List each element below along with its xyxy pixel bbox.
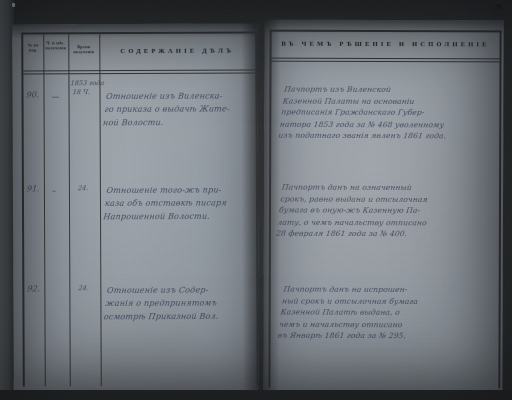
entry-content-line: жанія о предпринятомъ: [105, 297, 221, 311]
resolution-line: срокъ, равно выдана и отсылочная: [280, 193, 431, 205]
column-header-number: № по пор.: [24, 42, 42, 52]
left-table: № по пор. Ч. и мѣс. полученія Время полу…: [21, 31, 259, 386]
resolution-entry: Пачпортъ изъ Виленской Казенной Палаты н…: [278, 84, 453, 143]
resolution-line: ный срокъ и отсылочная бумага: [281, 295, 418, 307]
entry-number: 92.: [27, 284, 41, 293]
entry-number: 91.: [26, 184, 40, 193]
column-header-resolution: ВЪ ЧЕМЪ РѢШЕНІЕ И ИСПОЛНЕНІЕ: [272, 41, 500, 49]
header-rule-double: [272, 61, 500, 63]
column-header-received: Ч. и мѣс. полученія: [44, 40, 67, 50]
resolution-line: 28 февраля 1861 года за № 400.: [275, 228, 426, 240]
resolution-line: Казенной Палатѣ выдана, о: [280, 307, 417, 319]
right-table: ВЪ ЧЕМЪ РѢШЕНІЕ И ИСПОЛНЕНІЕ Пачпортъ из…: [268, 30, 501, 389]
resolution-line: натора 1853 года за № 468 уволенному: [279, 118, 448, 130]
entry-mark: –: [51, 186, 56, 195]
entry-content-line: каза объ отставкѣ писаря: [104, 197, 227, 211]
entry-date-line: 24.: [78, 285, 89, 293]
resolution-entry: Пачпортъ данъ на означенный срокъ, равно…: [275, 182, 432, 240]
column-header-date: Время полученія: [69, 44, 98, 54]
entry-content-line: Напрошенной Волости.: [103, 210, 226, 224]
entry-content: Отношеніе того-жъ при- каза объ отставкѣ…: [103, 184, 229, 224]
entry-content-line: Отношеніе изъ Содер-: [106, 284, 222, 298]
resolution-line: предписанія Гражданскаго Губер-: [281, 107, 450, 119]
folio-number: 79: [494, 4, 501, 12]
entry-content-line: Отношеніе того-жъ при-: [106, 184, 229, 198]
entry-content-line: го приказа о выдачѣ Жите-: [104, 103, 231, 117]
entry-content-line: осмотрѣ Приказной Вол.: [103, 310, 219, 324]
left-page: № по пор. Ч. и мѣс. полученія Время полу…: [12, 23, 259, 392]
book-edge-bottom: [0, 390, 512, 400]
resolution-line: Казенной Палаты на основаніи: [282, 95, 451, 107]
resolution-line: изъ податнаго званія явленъ 1861 года.: [278, 130, 447, 142]
dust-speck: [12, 3, 15, 7]
resolution-line: Пачпортъ данъ на испрошен-: [283, 284, 420, 296]
entry-number: 90.: [26, 90, 40, 99]
entry-date-line: 24.: [77, 185, 88, 193]
header-rule: [272, 58, 500, 60]
header-rule-double: [23, 72, 255, 74]
photographed-ledger-spread: 79 № по пор. Ч. и мѣс. полученія Время п…: [0, 0, 512, 400]
resolution-line: лату, о чемъ начальству отписано: [277, 216, 428, 228]
resolution-line: бумага въ оную-жъ Казенную Па-: [278, 205, 429, 217]
entry-content-line: Отношеніе изъ Виленска-: [105, 90, 232, 104]
entry-content: Отношеніе изъ Виленска- го приказа о выд…: [102, 90, 232, 130]
resolution-line: Пачпортъ изъ Виленской: [284, 84, 453, 96]
header-rule: [23, 69, 255, 71]
resolution-line: въ Январѣ 1861 года за № 295.: [277, 330, 414, 342]
resolution-entry: Пачпортъ данъ на испрошен- ный срокъ и о…: [277, 284, 420, 342]
entry-mark: —: [51, 92, 60, 101]
right-page: ВЪ ЧЕМЪ РѢШЕНІЕ И ИСПОЛНЕНІЕ Пачпортъ из…: [263, 20, 503, 393]
entry-content: Отношеніе изъ Содер- жанія о предпринято…: [103, 284, 222, 324]
column-header-content: СОДЕРЖАНІЕ ДѢЛЪ: [99, 47, 255, 55]
resolution-line: чемъ и начальству отписано: [278, 318, 415, 330]
entry-date-line: 1853 года: [70, 80, 105, 88]
entry-content-line: ной Волости.: [102, 116, 229, 130]
column-rule-1: [43, 34, 46, 386]
resolution-line: Пачпортъ данъ на означенный: [281, 182, 432, 194]
entry-date-line: 18 Ч.: [72, 89, 90, 97]
